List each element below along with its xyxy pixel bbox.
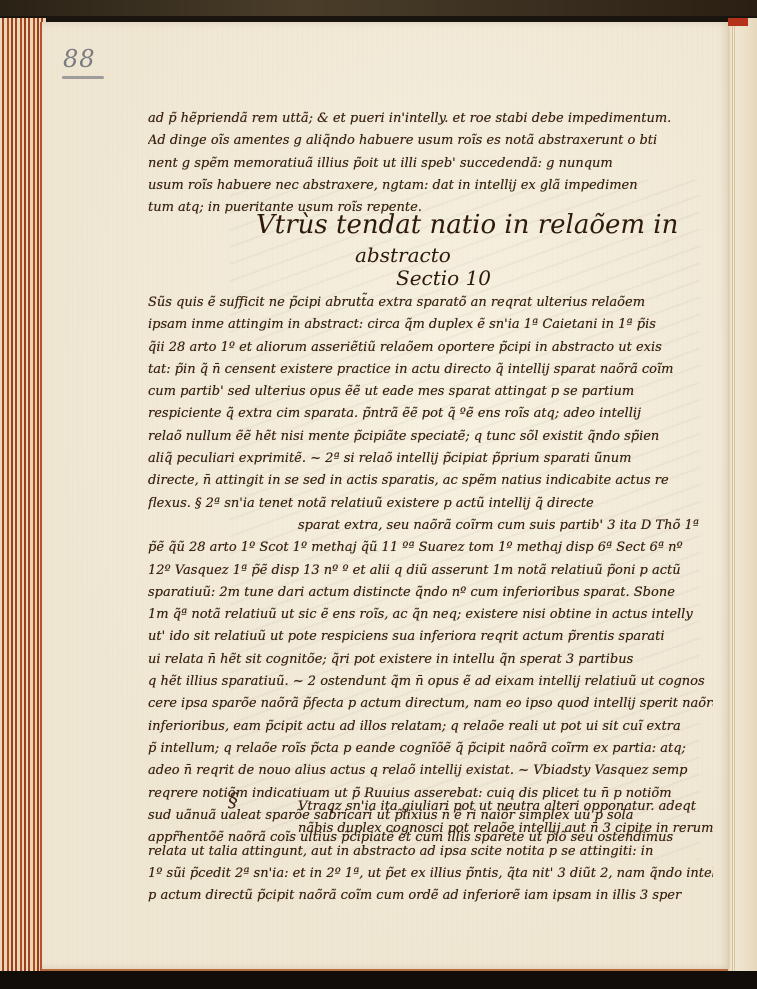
text-line: ui relata n̄ hẽt sit cognitõe; q̃ri pot … <box>148 649 713 671</box>
text-line: flexus. § 2ª sn'ia tenet notã relatiuũ e… <box>148 493 713 515</box>
spine-fold <box>732 18 735 973</box>
text-line: 1m q̃ª notã relatiuũ ut sic ẽ ens roĩs, … <box>148 604 713 626</box>
folio-underline <box>62 76 104 79</box>
text-line: tat: p̃in q̃ n̄ censent existere practic… <box>148 359 713 381</box>
text-line: relata ut talia attingunt, aut in abstra… <box>148 841 713 863</box>
text-line: ad p̃ hẽpriendã rem uttã; & et pueri in'… <box>148 108 713 130</box>
closing-text: Vtraqz sn'ia ita giuliari pot ut neutra … <box>148 796 713 907</box>
text-line: ut' ido sit relatiuũ ut pote respiciens … <box>148 626 713 648</box>
text-line: cere ipsa sparõe naõrã p̃fecta p actum d… <box>148 693 713 715</box>
text-line: sparatiuũ: 2m tune dari actum distincte … <box>148 582 713 604</box>
text-line: Sũs quis ẽ sufficit ne p̃cipi abrutt̃a e… <box>148 292 713 314</box>
section-number: Sectio 10 <box>396 266 491 290</box>
text-line: relaõ nullum ẽẽ hẽt nisi mente p̃cipiãte… <box>148 426 713 448</box>
body-text: Sũs quis ẽ sufficit ne p̃cipi abrutt̃a e… <box>148 292 713 849</box>
opening-text: ad p̃ hẽpriendã rem uttã; & et pueri in'… <box>148 108 713 219</box>
text-line: inferioribus, eam p̃cipit actu ad illos … <box>148 716 713 738</box>
text-line: directe, n̄ attingit in se sed in actis … <box>148 470 713 492</box>
text-line: adeo n̄ reqrit de nouo alius actus q rel… <box>148 760 713 782</box>
book-cover-bottom <box>0 971 757 989</box>
text-line: p actum directũ p̃cipit naõrã coĩm cum o… <box>148 885 713 907</box>
text-line: aliq̃ peculiari exprimitẽ. ~ 2ª si relaõ… <box>148 448 713 470</box>
text-line: Vtraqz sn'ia ita giuliari pot ut neutra … <box>148 796 713 818</box>
text-line: usum roĩs habuere nec abstraxere, ngtam:… <box>148 175 713 197</box>
text-line: sparat extra, seu naõrã coĩrm cum suis p… <box>148 515 713 537</box>
text-line: ipsam inme attingim in abstract: circa q… <box>148 314 713 336</box>
section-heading-continued: abstracto <box>355 243 451 267</box>
red-edge-tip <box>728 18 748 26</box>
text-line: respiciente q̃ extra cim sparata. p̃ntrã… <box>148 403 713 425</box>
text-line: p̃ intellum; q relaõe roĩs p̃cta p eande… <box>148 738 713 760</box>
book-gutter <box>728 18 757 973</box>
folio-number: 88 <box>63 45 96 73</box>
text-line: 1º sũi p̃cedit 2ª sn'ia: et in 2º 1ª, ut… <box>148 863 713 885</box>
text-line: p̃ẽ q̃ũ 28 arto 1º Scot 1º methaj q̃ũ 11… <box>148 537 713 559</box>
text-line: Ad dinge oĩs amentes g aliq̃ndo habuere … <box>148 130 713 152</box>
text-line: nãbis duplex cognosci pot relaõe intelli… <box>148 818 713 840</box>
text-line: q hẽt illius sparatiuũ. ~ 2 ostendunt q̃… <box>148 671 713 693</box>
text-line: cum partib' sed ulterius opus ẽẽ ut eade… <box>148 381 713 403</box>
section-heading-title: Vtrùs tendat natio in relaõem in <box>256 210 696 240</box>
text-line: 12º Vasquez 1ª p̃ẽ disp 13 nº º et alii … <box>148 560 713 582</box>
book-cover-top <box>0 0 757 16</box>
text-line: q̃ii 28 arto 1º et aliorum asseriẽtiũ re… <box>148 337 713 359</box>
text-line: nent g spẽm memoratiuã illius p̃oit ut i… <box>148 153 713 175</box>
